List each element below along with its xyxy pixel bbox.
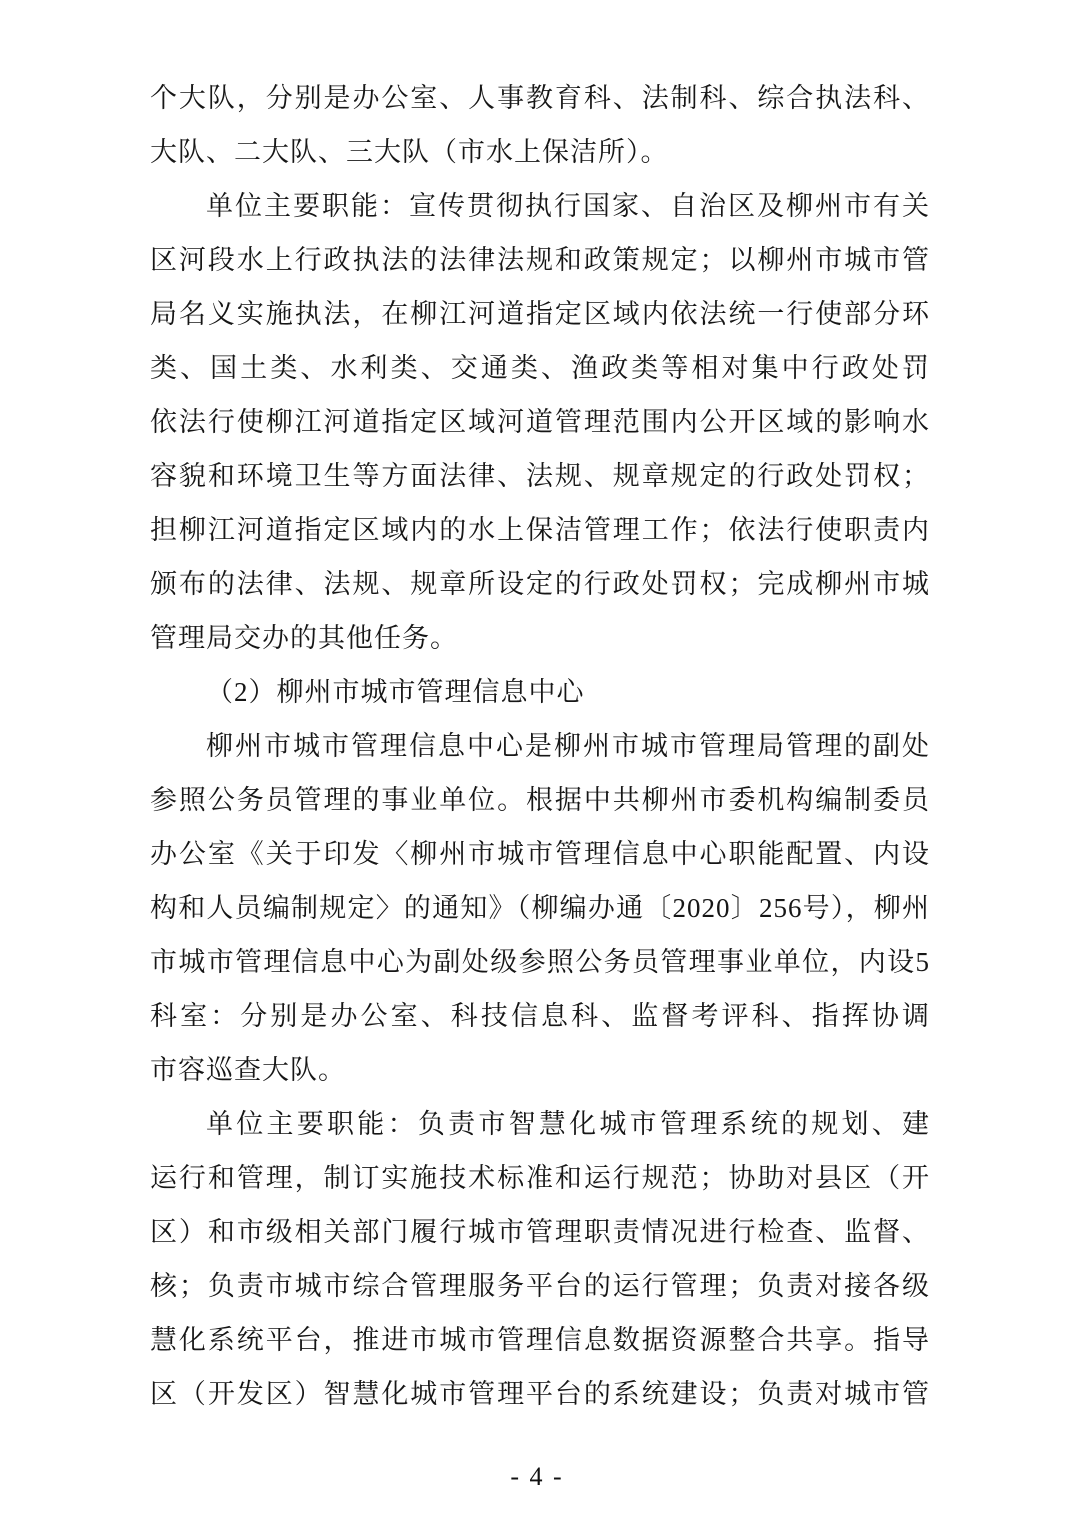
- text-line: 大队、二大队、三大队（市水上保洁所）。: [150, 125, 930, 179]
- text-line: 依法行使柳江河道指定区域河道管理范围内公开区域的影响水域: [150, 395, 930, 449]
- text-line: （2）柳州市城市管理信息中心: [150, 665, 930, 719]
- text-line: 运行和管理，制订实施技术标准和运行规范；协助对县区（开发: [150, 1151, 930, 1205]
- text-line: 市城市管理信息中心为副处级参照公务员管理事业单位，内设5个: [150, 935, 930, 989]
- text-line: 慧化系统平台，推进市城市管理信息数据资源整合共享。指导县: [150, 1313, 930, 1367]
- text-line: 单位主要职能：负责市智慧化城市管理系统的规划、建设、: [150, 1097, 930, 1151]
- document-page: 个大队，分别是办公室、人事教育科、法制科、综合执法科、一大队、二大队、三大队（市…: [0, 0, 1074, 1520]
- text-line: 类、国土类、水利类、交通类、渔政类等相对集中行政处罚权；: [150, 341, 930, 395]
- text-line: 市容巡查大队。: [150, 1043, 930, 1097]
- page-number: - 4 -: [0, 1462, 1074, 1492]
- text-line: 容貌和环境卫生等方面法律、法规、规章规定的行政处罚权；承: [150, 449, 930, 503]
- text-line: 个大队，分别是办公室、人事教育科、法制科、综合执法科、一: [150, 71, 930, 125]
- text-line: 单位主要职能：宣传贯彻执行国家、自治区及柳州市有关市: [150, 179, 930, 233]
- text-line: 科室：分别是办公室、科技信息科、监督考评科、指挥协调科、: [150, 989, 930, 1043]
- text-line: 构和人员编制规定〉的通知》（柳编办通〔2020〕256号），柳州: [150, 881, 930, 935]
- text-line: 区）和市级相关部门履行城市管理职责情况进行检查、监督、考: [150, 1205, 930, 1259]
- text-line: 担柳江河道指定区域内的水上保洁管理工作；依法行使职责内新: [150, 503, 930, 557]
- document-body: 个大队，分别是办公室、人事教育科、法制科、综合执法科、一大队、二大队、三大队（市…: [150, 71, 930, 1421]
- text-line: 颁布的法律、法规、规章所设定的行政处罚权；完成柳州市城市: [150, 557, 930, 611]
- text-line: 参照公务员管理的事业单位。根据中共柳州市委机构编制委员会: [150, 773, 930, 827]
- text-line: 办公室《关于印发〈柳州市城市管理信息中心职能配置、内设机: [150, 827, 930, 881]
- text-line: 柳州市城市管理信息中心是柳州市城市管理局管理的副处级: [150, 719, 930, 773]
- text-line: 区河段水上行政执法的法律法规和政策规定；以柳州市城市管理: [150, 233, 930, 287]
- text-line: 区（开发区）智慧化城市管理平台的系统建设；负责对城市管理: [150, 1367, 930, 1421]
- text-line: 局名义实施执法，在柳江河道指定区域内依法统一行使部分环保: [150, 287, 930, 341]
- text-line: 管理局交办的其他任务。: [150, 611, 930, 665]
- text-line: 核；负责市城市综合管理服务平台的运行管理；负责对接各级智: [150, 1259, 930, 1313]
